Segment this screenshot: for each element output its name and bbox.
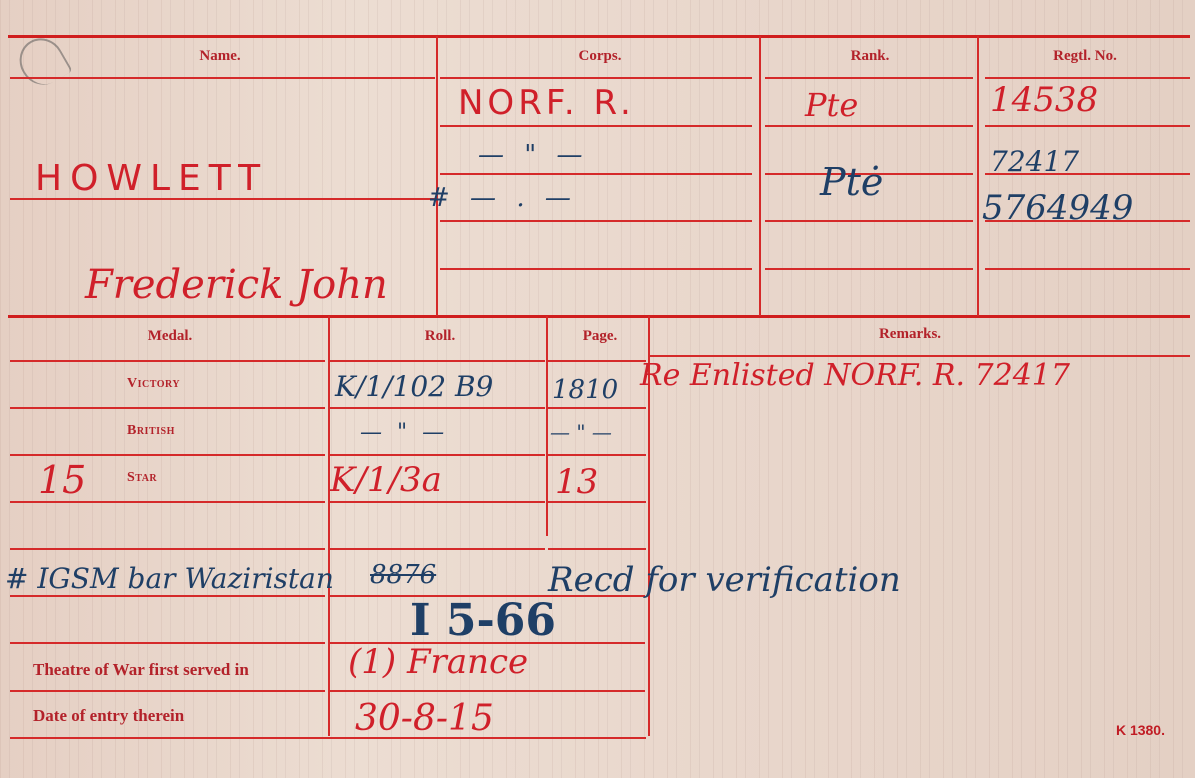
pencil-mark <box>11 30 73 93</box>
entry-date-value: 30-8-15 <box>355 698 494 739</box>
header-name: Name. <box>160 48 280 65</box>
rule <box>440 77 752 79</box>
rank-entry-1: Pte <box>805 86 858 124</box>
rule <box>650 355 1190 357</box>
top-border <box>8 35 1190 38</box>
rule <box>548 454 646 456</box>
header-page: Page. <box>560 328 640 345</box>
rule <box>440 173 752 175</box>
corps-entry-2: — " — <box>478 140 589 170</box>
rule <box>440 220 752 222</box>
divider <box>436 36 438 316</box>
rule <box>10 642 325 644</box>
medal-star: Star <box>127 470 157 486</box>
rule <box>10 737 646 739</box>
header-remarks: Remarks. <box>840 326 980 343</box>
rule <box>548 407 646 409</box>
rule <box>10 690 325 692</box>
rule <box>10 407 325 409</box>
medal-index-card: Name. Corps. Rank. Regtl. No. HOWLETT Fr… <box>0 0 1195 778</box>
rule <box>765 268 973 270</box>
rule <box>440 125 752 127</box>
rule <box>765 77 973 79</box>
middle-border <box>8 315 1190 318</box>
star-prefix: 15 <box>38 458 86 502</box>
roll-star: K/1/3a <box>330 460 442 500</box>
roll-victory: K/1/102 B9 <box>335 370 493 403</box>
rule <box>330 501 545 503</box>
rule <box>985 125 1190 127</box>
rule <box>10 595 325 597</box>
header-corps: Corps. <box>540 48 660 65</box>
regtl-no-entry-3: 5764949 <box>982 188 1133 228</box>
page-victory: 1810 <box>552 375 618 405</box>
rule <box>985 77 1190 79</box>
rule <box>548 360 646 362</box>
extra-note: Recd for verification <box>548 560 901 600</box>
rule <box>10 548 325 550</box>
form-number: K 1380. <box>1116 722 1165 738</box>
divider <box>759 36 761 316</box>
rule <box>985 268 1190 270</box>
rule <box>765 125 973 127</box>
rule <box>765 220 973 222</box>
extra-medal: # IGSM bar Waziristan <box>5 562 334 595</box>
rule <box>10 77 435 79</box>
rule <box>10 454 325 456</box>
roll-struck: 8876 <box>370 560 436 590</box>
rule <box>330 360 545 362</box>
divider <box>328 316 330 736</box>
medal-victory: Victory <box>127 376 180 392</box>
theatre-value: (1) France <box>348 642 528 682</box>
medal-british: British <box>127 423 175 439</box>
rank-entry-3: Ptė <box>820 160 883 204</box>
corps-entry-3: # — . — <box>428 183 577 213</box>
regtl-no-entry-1: 14538 <box>990 80 1098 120</box>
rule <box>330 690 645 692</box>
page-british: — " — <box>550 420 612 444</box>
roll-british: — " — <box>360 420 448 445</box>
divider <box>546 316 548 536</box>
rule <box>440 268 752 270</box>
rule <box>10 360 325 362</box>
rule <box>330 454 545 456</box>
header-medal: Medal. <box>110 328 230 345</box>
header-rank: Rank. <box>810 48 930 65</box>
corps-entry-1: NORF. R. <box>458 83 635 123</box>
rule <box>548 548 646 550</box>
divider <box>977 36 979 316</box>
entry-date-label: Date of entry therein <box>33 706 184 726</box>
rule <box>330 407 545 409</box>
regtl-no-entry-2: 72417 <box>990 145 1079 178</box>
page-star: 13 <box>555 462 598 502</box>
header-roll: Roll. <box>380 328 500 345</box>
theatre-label: Theatre of War first served in <box>33 660 249 680</box>
extra-roll: I 5-66 <box>410 595 556 646</box>
header-regtl-no: Regtl. No. <box>1010 48 1160 65</box>
forenames: Frederick John <box>85 262 388 308</box>
rule <box>330 548 545 550</box>
surname: HOWLETT <box>35 158 268 199</box>
remarks-text: Re Enlisted NORF. R. 72417 <box>640 358 1070 393</box>
